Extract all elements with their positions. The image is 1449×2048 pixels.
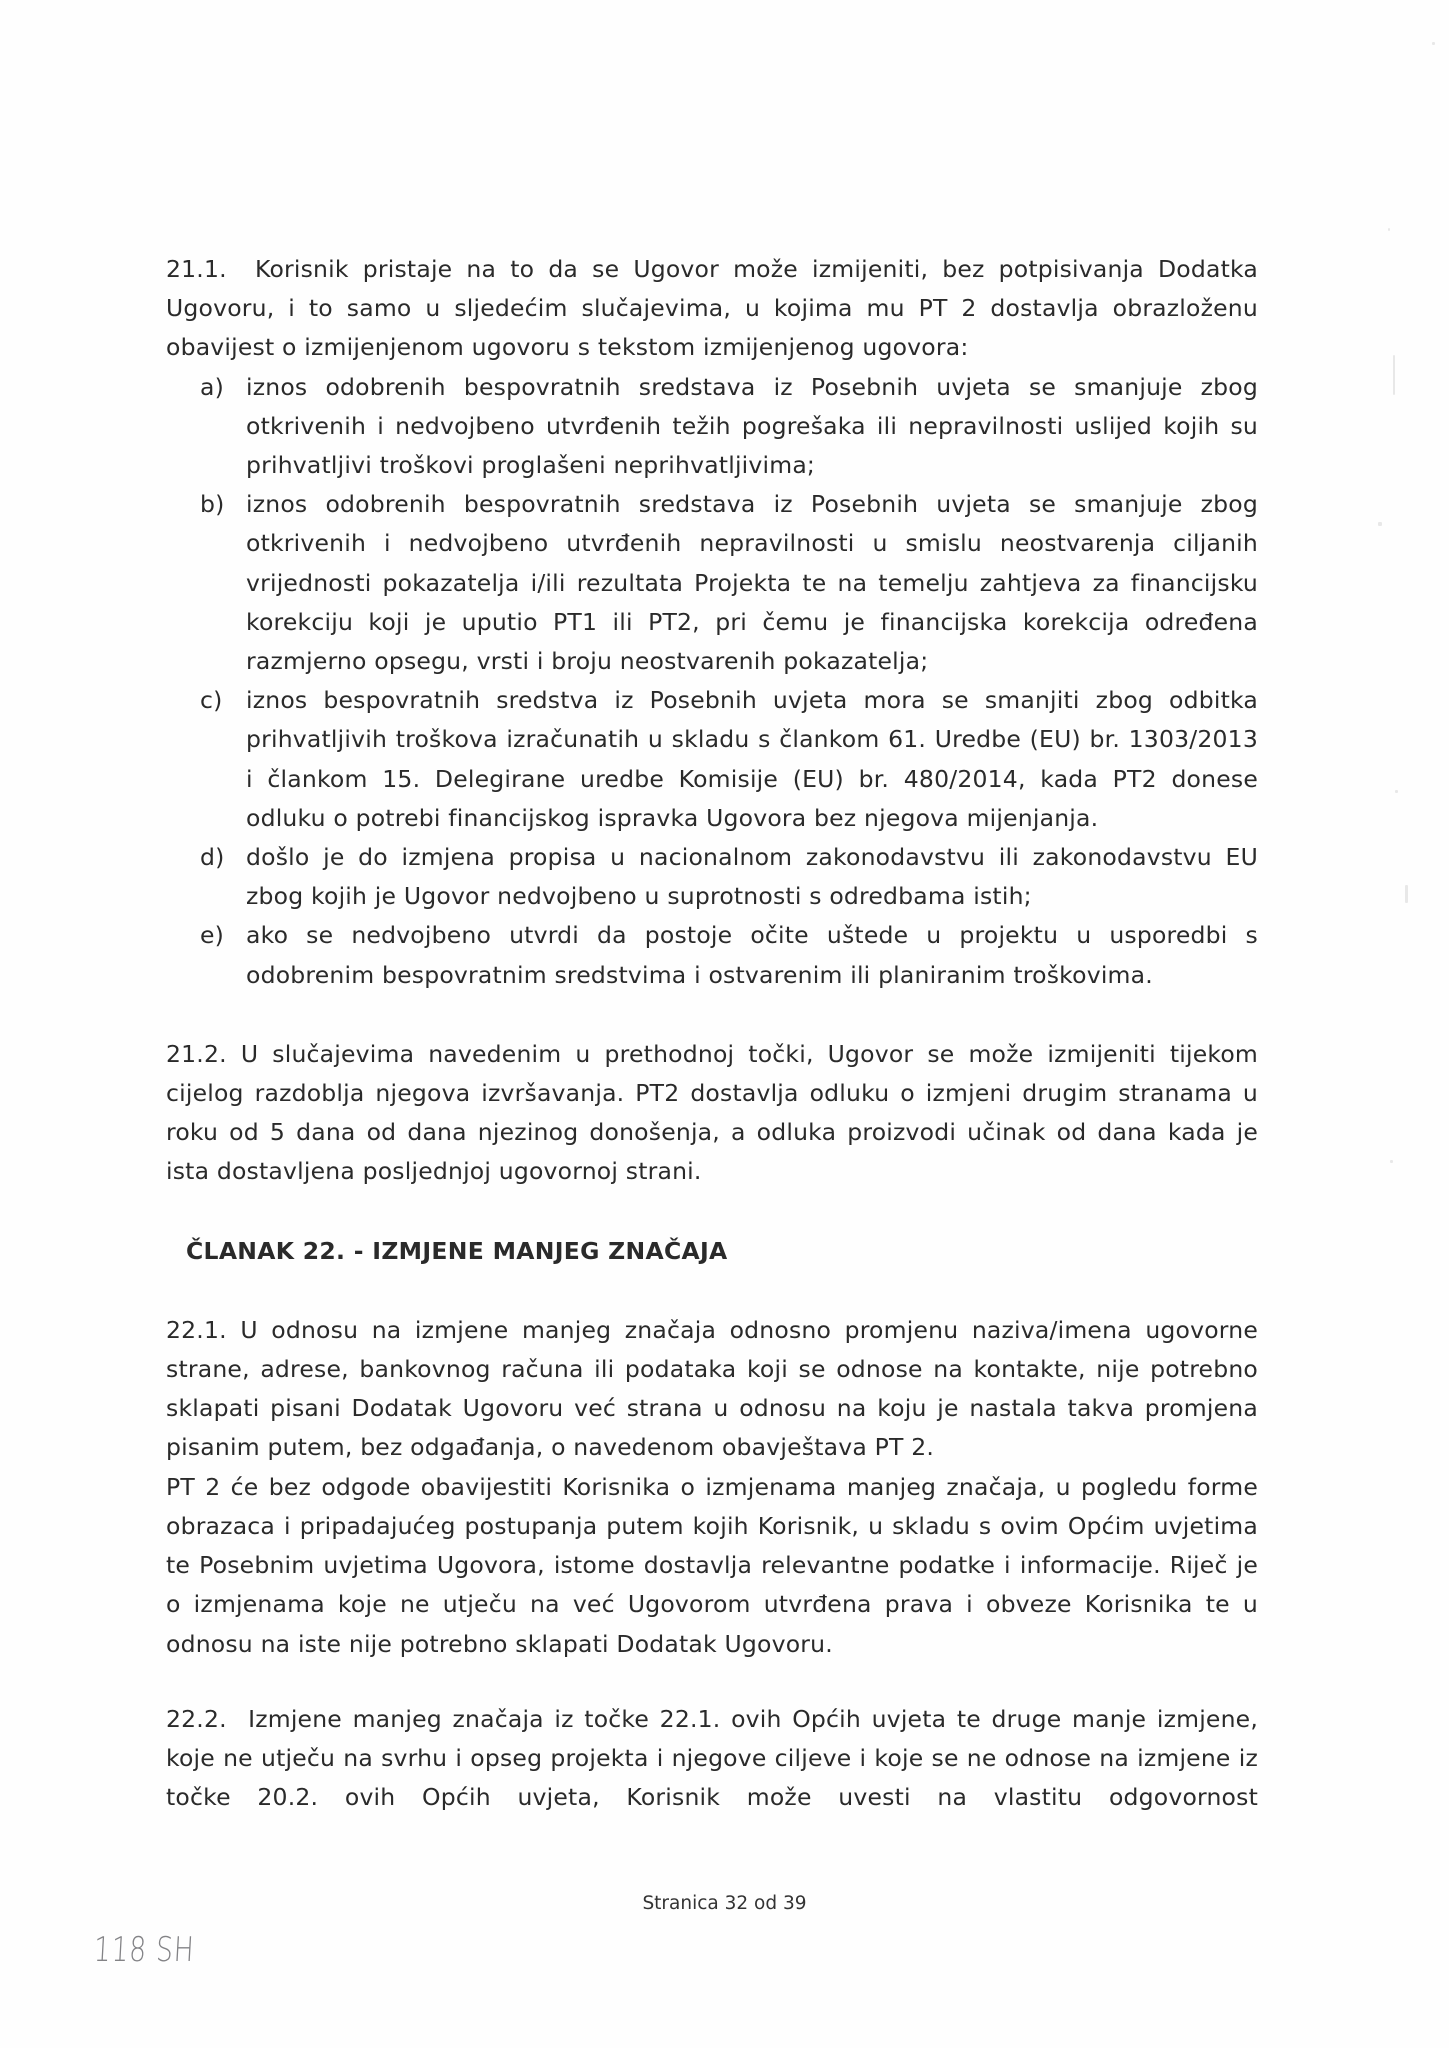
list-item-text: došlo je do izmjena propisa u nacionalno… — [246, 843, 1258, 910]
list-label: e) — [200, 916, 224, 955]
clause-number: 21.1. — [166, 255, 227, 283]
clause-text: U odnosu na izmjene manjeg značaja odnos… — [166, 1316, 1258, 1462]
spacer — [166, 1192, 1258, 1232]
clause-number: 22.2. — [166, 1705, 227, 1733]
list-item-text: iznos odobrenih bespovratnih sredstava i… — [246, 490, 1258, 675]
document-body: 21.1. Korisnik pristaje na to da se Ugov… — [166, 250, 1258, 1817]
clause-21-2: 21.2. U slučajevima navedenim u prethodn… — [166, 1035, 1258, 1192]
clause-22-2: 22.2. Izmjene manjeg značaja iz točke 22… — [166, 1700, 1258, 1818]
list-item-d: d) došlo je do izmjena propisa u naciona… — [166, 838, 1258, 916]
scan-speck — [1405, 885, 1408, 903]
list-item-text: iznos odobrenih bespovratnih sredstava i… — [246, 373, 1258, 479]
list-item-text: ako se nedvojbeno utvrdi da postoje očit… — [246, 921, 1258, 988]
clause-21-1: 21.1. Korisnik pristaje na to da se Ugov… — [166, 250, 1258, 368]
list-label: b) — [200, 485, 225, 524]
clause-number: 21.2. — [166, 1040, 227, 1068]
list-label: c) — [200, 681, 223, 720]
spacer — [166, 1664, 1258, 1700]
page-number-footer: Stranica 32 od 39 — [0, 1893, 1449, 1914]
document-page: 21.1. Korisnik pristaje na to da se Ugov… — [0, 0, 1449, 2048]
clause-22-1-continuation: PT 2 će bez odgode obavijestiti Korisnik… — [166, 1468, 1258, 1664]
clause-text: Korisnik pristaje na to da se Ugovor mož… — [166, 255, 1258, 361]
clause-text: Izmjene manjeg značaja iz točke 22.1. ov… — [166, 1705, 1258, 1811]
list-item-b: b) iznos odobrenih bespovratnih sredstav… — [166, 485, 1258, 681]
scan-speck — [1395, 790, 1398, 793]
scan-speck — [1388, 228, 1390, 231]
list-item-text: iznos bespovratnih sredstva iz Posebnih … — [246, 686, 1258, 832]
list-item-e: e) ako se nedvojbeno utvrdi da postoje o… — [166, 916, 1258, 994]
clause-text: PT 2 će bez odgode obavijestiti Korisnik… — [166, 1473, 1258, 1658]
list-label: a) — [200, 368, 224, 407]
list-label: d) — [200, 838, 225, 877]
spacer — [166, 995, 1258, 1035]
list-item-c: c) iznos bespovratnih sredstva iz Posebn… — [166, 681, 1258, 838]
clause-number: 22.1. — [166, 1316, 227, 1344]
scan-speck — [1432, 42, 1435, 45]
clause-text: U slučajevima navedenim u prethodnoj toč… — [166, 1040, 1258, 1186]
handwritten-annotation: 118 SH — [93, 1930, 196, 1970]
spacer — [166, 1271, 1258, 1311]
scan-speck — [1393, 355, 1395, 395]
scan-speck — [1390, 1160, 1393, 1163]
list-item-a: a) iznos odobrenih bespovratnih sredstav… — [166, 368, 1258, 486]
scan-speck — [1378, 522, 1382, 526]
amendment-cases-list: a) iznos odobrenih bespovratnih sredstav… — [166, 368, 1258, 995]
clause-22-1: 22.1. U odnosu na izmjene manjeg značaja… — [166, 1311, 1258, 1468]
article-22-heading: ČLANAK 22. - IZMJENE MANJEG ZNAČAJA — [166, 1232, 1258, 1271]
